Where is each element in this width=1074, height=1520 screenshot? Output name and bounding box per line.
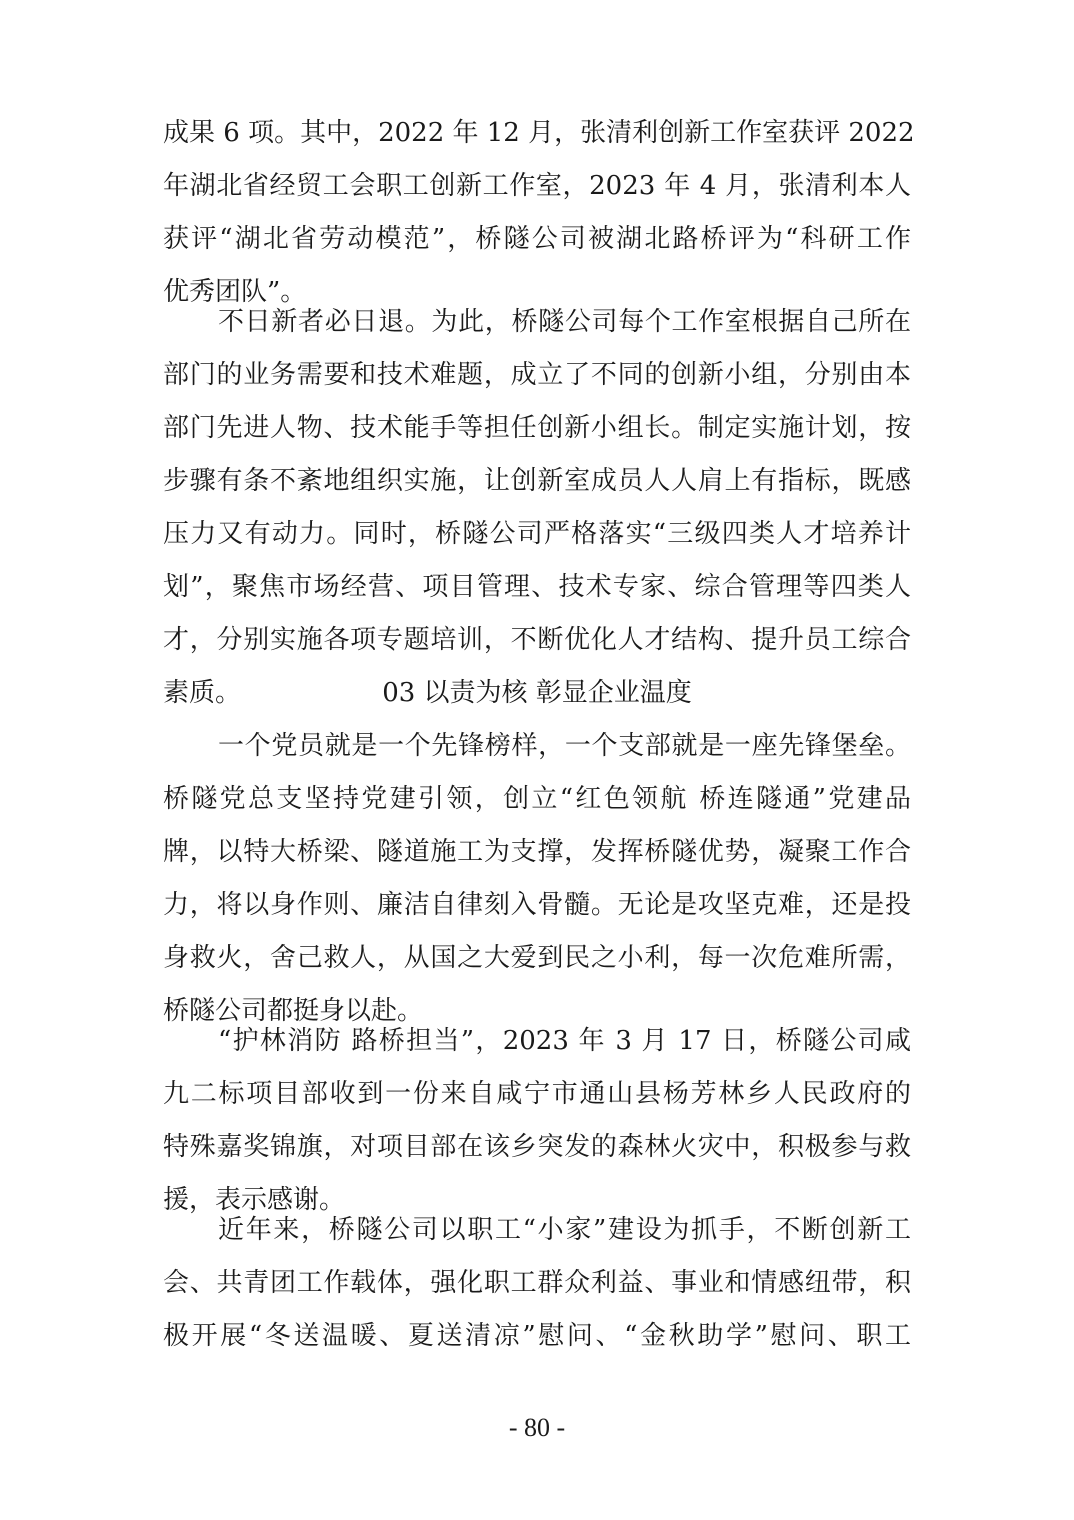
document-page: 成果 6 项。其中，2022 年 12 月，张清利创新工作室获评 2022 年湖…	[0, 0, 1074, 1520]
body-text-line: 援，表示感谢。	[163, 1183, 911, 1217]
body-text-line: 身救火，舍己救人，从国之大爱到民之小利，每一次危难所需，	[163, 941, 911, 975]
body-text-line: 近年来，桥隧公司以职工“小家”建设为抓手，不断创新工	[218, 1213, 911, 1247]
body-text-line: 才，分别实施各项专题培训，不断优化人才结构、提升员工综合	[163, 623, 911, 657]
body-text-line: “护林消防 路桥担当”，2023 年 3 月 17 日，桥隧公司咸	[218, 1024, 911, 1058]
body-text-line: 获评“湖北省劳动模范”，桥隧公司被湖北路桥评为“科研工作	[163, 222, 911, 256]
body-text-line: 特殊嘉奖锦旗，对项目部在该乡突发的森林火灾中，积极参与救	[163, 1130, 911, 1164]
body-text-line: 成果 6 项。其中，2022 年 12 月，张清利创新工作室获评 2022	[163, 116, 911, 150]
body-text-line: 步骤有条不紊地组织实施，让创新室成员人人肩上有指标，既感	[163, 464, 911, 498]
body-text-line: 不日新者必日退。为此，桥隧公司每个工作室根据自己所在	[218, 305, 911, 339]
body-text-line: 极开展“冬送温暖、夏送清凉”慰问、“金秋助学”慰问、职工	[163, 1319, 911, 1353]
body-text-line: 一个党员就是一个先锋榜样，一个支部就是一座先锋堡垒。	[218, 729, 911, 763]
body-text-line: 部门的业务需要和技术难题，成立了不同的创新小组，分别由本	[163, 358, 911, 392]
body-text-line: 牌，以特大桥梁、隧道施工为支撑，发挥桥隧优势，凝聚工作合	[163, 835, 911, 869]
body-text-line: 桥隧党总支坚持党建引领，创立“红色领航 桥连隧通”党建品	[163, 782, 911, 816]
body-text-line: 桥隧公司都挺身以赴。	[163, 994, 911, 1028]
body-text-line: 会、共青团工作载体，强化职工群众利益、事业和情感纽带，积	[163, 1266, 911, 1300]
body-text-line: 力，将以身作则、廉洁自律刻入骨髓。无论是攻坚克难，还是投	[163, 888, 911, 922]
body-text-line: 年湖北省经贸工会职工创新工作室，2023 年 4 月，张清利本人	[163, 169, 911, 203]
body-text-line: 划”，聚焦市场经营、项目管理、技术专家、综合管理等四类人	[163, 570, 911, 604]
body-text-line: 部门先进人物、技术能手等担任创新小组长。制定实施计划，按	[163, 411, 911, 445]
body-text-line: 优秀团队”。	[163, 275, 911, 309]
body-text-line: 九二标项目部收到一份来自咸宁市通山县杨芳林乡人民政府的	[163, 1077, 911, 1111]
section-heading-text: 03 以责为核 彰显企业温度	[163, 676, 911, 710]
page-number: - 80 -	[0, 1413, 1074, 1443]
body-text-line: 压力又有动力。同时，桥隧公司严格落实“三级四类人才培养计	[163, 517, 911, 551]
